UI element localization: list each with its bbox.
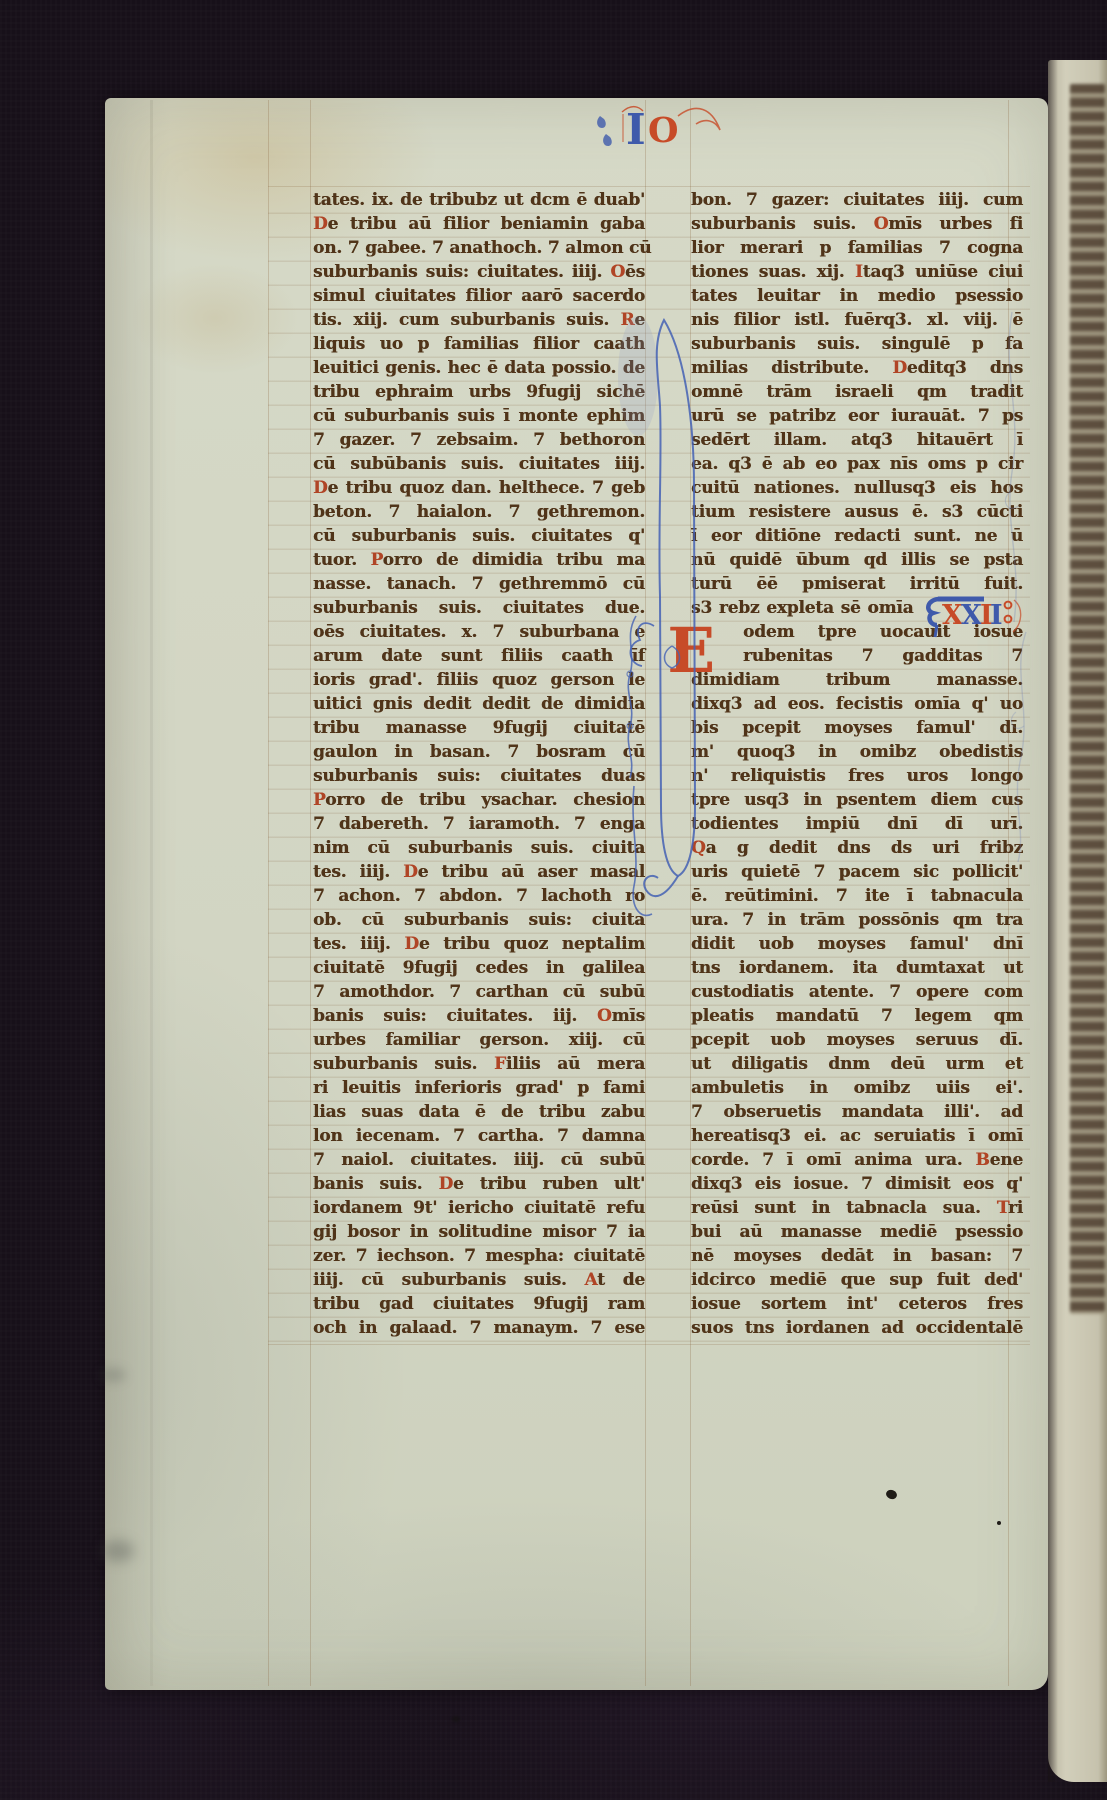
text-line: suburbanis suis. ciuitates due.: [313, 596, 645, 620]
text-line: Porro de tribu ysachar. chesion: [313, 788, 645, 812]
text-line: hereatisq3 ei. ac seruiatis ī omī: [691, 1124, 1023, 1148]
rubricated-capital: A: [584, 1270, 597, 1290]
text-line: milias distribute. Deditq3 dns: [691, 356, 1023, 380]
text-line: reūsi sunt in tabnacla sua. Tri: [691, 1196, 1023, 1220]
text-line: suos tns iordanen ad occidentalē: [691, 1316, 1023, 1340]
ink-speck: [997, 1521, 1001, 1525]
text-line: tuor. Porro de dimidia tribu ma: [313, 548, 645, 572]
text-line: omnē trām israeli qm tradit: [691, 380, 1023, 404]
rubricated-capital: D: [403, 862, 418, 882]
running-title-letter: O: [648, 110, 679, 151]
gutter-flourish: [606, 286, 716, 946]
text-line: ioris grad'. filiis quoz gerson le: [313, 668, 645, 692]
text-line: uris quietē 7 pacem sic pollicit': [691, 860, 1023, 884]
text-line: nis filior istl. fuērq3. xl. viij. ē: [691, 308, 1023, 332]
text-line: 7 gazer. 7 zebsaim. 7 bethoron: [313, 428, 645, 452]
chapter-numeral: X: [942, 600, 963, 631]
smudge: [102, 1540, 134, 1562]
penwork-hook: [644, 876, 678, 896]
text-line: n' reliquistis fres uros longo: [691, 764, 1023, 788]
rubricated-capital: T: [997, 1198, 1008, 1218]
text-line: corde. 7 ī omī anima ura. Bene: [691, 1148, 1023, 1172]
text-line: pleatis mandatū 7 legem qm: [691, 1004, 1023, 1028]
margin-rule: [268, 100, 269, 1686]
rubricated-capital: O: [874, 214, 889, 234]
scribal-mark-icon: [597, 116, 606, 128]
rubricated-capital: D: [892, 358, 907, 378]
text-line: sedērt illam. atq3 hitauērt ī: [691, 428, 1023, 452]
text-line: cuitū nationes. nullusq3 eis hos: [691, 476, 1023, 500]
text-line: bon. 7 gazer: ciuitates iiij. cum: [691, 188, 1023, 212]
text-line: 7 amothdor. 7 carthan cū subū: [313, 980, 645, 1004]
paraph-icon: [928, 599, 940, 625]
text-line: ri leuitis inferioris grad' p fami: [313, 1076, 645, 1100]
text-line: on. 7 gabee. 7 anathoch. 7 almon cū: [313, 236, 645, 260]
text-line: bis pcepit moyses famul' dī.: [691, 716, 1023, 740]
text-line: tes. iiij. De tribu quoz neptalim: [313, 932, 645, 956]
running-title: I O: [592, 100, 752, 156]
text-line: didit uob moyses famul' dnī: [691, 932, 1023, 956]
scribal-mark-icon: [603, 134, 612, 146]
text-line: ob. cū suburbanis suis: ciuita: [313, 908, 645, 932]
text-line: tates leuitar in medio psessio: [691, 284, 1023, 308]
text-line: tns iordanem. ita dumtaxat ut: [691, 956, 1023, 980]
ink-speck: [452, 1716, 460, 1722]
rubricated-capital: O: [597, 1006, 612, 1026]
text-line: tribu gad ciuitates 9fugij ram: [313, 1292, 645, 1316]
text-line: De tribu aū filior beniamin gaba: [313, 212, 645, 236]
text-line: banis suis. De tribu ruben ult': [313, 1172, 645, 1196]
text-line: idcirco mediē que sup fuit ded': [691, 1268, 1023, 1292]
text-line: tis. xiij. cum suburbanis suis. Re: [313, 308, 645, 332]
text-line: ē. reūtimini. 7 ite ī tabnacula: [691, 884, 1023, 908]
showthrough-curl: [1011, 712, 1024, 728]
showthrough-flourish: [982, 292, 1052, 872]
text-line: banis suis: ciuitates. iij. Omīs: [313, 1004, 645, 1028]
text-line: 7 dabereth. 7 iaramoth. 7 enga: [313, 812, 645, 836]
text-line: custodiatis atente. 7 opere com: [691, 980, 1023, 1004]
text-line: tpre usq3 in psentem diem cus: [691, 788, 1023, 812]
text-line: urū se patribz eor iurauāt. 7 ps: [691, 404, 1023, 428]
rubricated-capital: P: [313, 790, 325, 810]
text-line: lior merari p familias 7 cogna: [691, 236, 1023, 260]
penwork-tail: [633, 786, 652, 915]
rubricated-capital: F: [494, 1054, 506, 1074]
rubricated-capital: D: [438, 1174, 453, 1194]
rubricated-capital: P: [370, 550, 382, 570]
text-line: cū suburbanis suis ī monte ephim: [313, 404, 645, 428]
text-line: gij bosor in solitudine misor 7 ia: [313, 1220, 645, 1244]
fabric-background: { "palette": { "ink": "#503419", "red": …: [0, 0, 1107, 1800]
text-line: ciuitatē 9fugij cedes in galilea: [313, 956, 645, 980]
text-line: iiij. cū suburbanis suis. At de: [313, 1268, 645, 1292]
text-line: bui aū manasse mediē psessio: [691, 1220, 1023, 1244]
text-line: suburbanis suis: ciuitates duas: [313, 764, 645, 788]
rubricated-capital: I: [855, 262, 863, 282]
rubricated-capital: D: [313, 478, 328, 498]
penwork-knot: [665, 646, 680, 668]
text-line: iordanem 9t' iericho ciuitatē refu: [313, 1196, 645, 1220]
text-line: uitici gnis dedit dedit de dimidia: [313, 692, 645, 716]
text-line: suburbanis suis: ciuitates. iiij. Oēs: [313, 260, 645, 284]
text-line: iosue sortem int' ceteros fres: [691, 1292, 1023, 1316]
text-line: De tribu quoz dan. helthece. 7 geb: [313, 476, 645, 500]
penwork-flourish: [678, 108, 720, 130]
margin-rule: [310, 100, 311, 1686]
text-line: zer. 7 iechson. 7 mespha: ciuitatē: [313, 1244, 645, 1268]
blue-wash: [618, 316, 658, 436]
text-line: oēs ciuitates. x. 7 suburbana e: [313, 620, 645, 644]
rubricated-capital: B: [975, 1150, 989, 1170]
text-line: dixq3 ad eos. fecistis omīa q' uo: [691, 692, 1023, 716]
margin-rule: [268, 186, 1030, 187]
text-column-left: tates. ix. de tribubz ut dcm ē duab'De t…: [313, 188, 645, 1340]
text-line: tium resistere ausus ē. s3 cūcti: [691, 500, 1023, 524]
text-line: cū subūbanis suis. ciuitates iiij.: [313, 452, 645, 476]
penwork-ribbon: [657, 320, 695, 876]
fore-edge: [1048, 60, 1107, 1782]
text-line: 7 obseruetis mandata illi'. ad: [691, 1100, 1023, 1124]
text-line: ea. q3 ē ab eo pax nīs oms p cir: [691, 452, 1023, 476]
text-line: tribu manasse 9fugij ciuitatē: [313, 716, 645, 740]
text-line: simul ciuitates filior aarō sacerdo: [313, 284, 645, 308]
text-line: suburbanis suis. singulē p fa: [691, 332, 1023, 356]
page-crease: [150, 100, 153, 1686]
rubricated-capital: O: [610, 262, 625, 282]
text-line: nim cū suburbanis suis. ciuita: [313, 836, 645, 860]
text-line: 7 naiol. ciuitates. iiij. cū subū: [313, 1148, 645, 1172]
text-line: tates. ix. de tribubz ut dcm ē duab': [313, 188, 645, 212]
text-line: tribu ephraim urbs 9fugij sichē: [313, 380, 645, 404]
text-line: Qa g dedit dns ds uri fribz: [691, 836, 1023, 860]
text-line: dimidiam tribum manasse.: [691, 668, 1023, 692]
rubricated-capital: D: [404, 934, 419, 954]
text-line: nasse. tanach. 7 gethremmō cū: [313, 572, 645, 596]
text-line: dixq3 eis iosue. 7 dimisit eos q': [691, 1172, 1023, 1196]
chapter-numeral: X: [961, 600, 982, 631]
text-line: pcepit uob moyses seruus dī.: [691, 1028, 1023, 1052]
smudge: [100, 1368, 126, 1382]
text-line: todientes impiū dnī dī urī.: [691, 812, 1023, 836]
text-line: rubenitas 7 gadditas 7: [691, 644, 1023, 668]
text-line: och in galaad. 7 manaym. 7 ese: [313, 1316, 645, 1340]
penwork-curl: [630, 623, 654, 666]
text-line: tiones suas. xij. Itaq3 uniūse ciui: [691, 260, 1023, 284]
text-line: lon iecenam. 7 cartha. 7 damna: [313, 1124, 645, 1148]
text-line: ut diligatis dnm deū urm et: [691, 1052, 1023, 1076]
text-line: m' quoq3 in omibz obedistis: [691, 740, 1023, 764]
showthrough-curl: [1005, 492, 1018, 508]
text-line: 7 achon. 7 abdon. 7 lachoth ro: [313, 884, 645, 908]
text-line: cū suburbanis suis. ciuitates q': [313, 524, 645, 548]
text-line: liquis uo p familias filior caath: [313, 332, 645, 356]
text-line: nē moyses dedāt in basan: 7: [691, 1244, 1023, 1268]
text-line: urbes familiar gerson. xiij. cū: [313, 1028, 645, 1052]
text-line: leuitici genis. hec ē data possio. de: [313, 356, 645, 380]
fore-edge-text: [1070, 84, 1105, 1314]
text-column-right: bon. 7 gazer: ciuitates iiij. cumsuburba…: [691, 188, 1023, 1340]
text-line: beton. 7 haialon. 7 gethremon.: [313, 500, 645, 524]
running-title-letter: I: [626, 105, 646, 154]
text-line: tes. iiij. De tribu aū aser masal: [313, 860, 645, 884]
text-line: nū quidē ūbum qd illis se psta: [691, 548, 1023, 572]
rubricated-capital: D: [313, 214, 328, 234]
margin-rule: [268, 1344, 1030, 1345]
text-line: suburbanis suis. Omīs urbes fi: [691, 212, 1023, 236]
paraph-icon: [935, 625, 937, 637]
text-line: arum date sunt filiis caath īf: [313, 644, 645, 668]
text-line: gaulon in basan. 7 bosram cū: [313, 740, 645, 764]
showthrough-line: [1009, 312, 1016, 622]
text-line: ambuletis in omibz uiis ei'.: [691, 1076, 1023, 1100]
text-line: lias suas data ē de tribu zabu: [313, 1100, 645, 1124]
text-line: suburbanis suis. Filiis aū mera: [313, 1052, 645, 1076]
text-line: ura. 7 in trām possōnis qm tra: [691, 908, 1023, 932]
showthrough-line: [1017, 632, 1026, 862]
penwork-squiggle: [628, 616, 636, 778]
text-line: ī eor ditiōne redacti sunt. ne ū: [691, 524, 1023, 548]
